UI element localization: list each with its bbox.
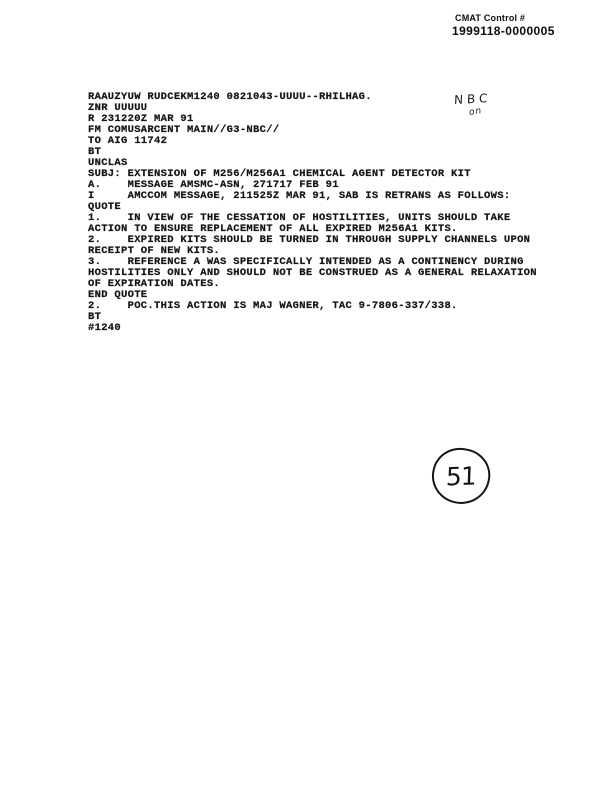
message-line: 2. POC.THIS ACTION IS MAJ WAGNER, TAC 9-… [88, 301, 537, 312]
scanned-document-page: CMAT Control # 1999118-0000005 NBC on RA… [0, 0, 611, 792]
cmat-control-stamp: CMAT Control # 1999118-0000005 [452, 13, 555, 38]
message-line: OF EXPIRATION DATES. [88, 279, 537, 290]
message-line: BT [88, 312, 537, 323]
message-line: TO AIG 11742 [88, 136, 537, 147]
message-line: BT [88, 147, 537, 158]
message-body: RAAUZYUW RUDCEKM1240 0821043-UUUU--RHILH… [88, 92, 537, 334]
page-number-text: 51 [446, 461, 477, 491]
cmat-control-label: CMAT Control # [455, 13, 555, 23]
circled-page-number: 51 [426, 442, 496, 510]
message-line: RAAUZYUW RUDCEKM1240 0821043-UUUU--RHILH… [88, 92, 537, 103]
message-line: I AMCCOM MESSAGE, 211525Z MAR 91, SAB IS… [88, 191, 537, 202]
cmat-control-number: 1999118-0000005 [452, 24, 555, 38]
message-line: #1240 [88, 323, 537, 334]
